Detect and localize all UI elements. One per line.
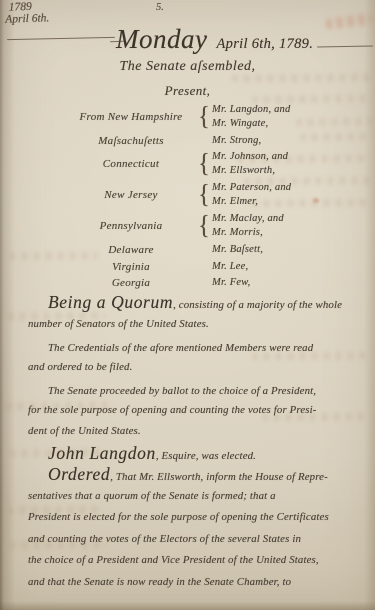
page-number: 5.: [156, 2, 164, 13]
paragraph-quorum: Being a Quorum, consisting of a majority…: [28, 292, 367, 335]
paragraph-text: dent of the United States.: [28, 421, 367, 443]
paragraph-ballot: The Senate proceeded by ballot to the ch…: [28, 378, 367, 443]
paragraph-elected: John Langdon, Esquire, was elected.: [28, 443, 367, 465]
paragraph-text: and that the Senate is now ready in the …: [28, 572, 367, 594]
brace-glyph: {: [196, 104, 212, 130]
subheading-senate-assembled: The Senate aſsembled,: [0, 59, 375, 75]
paragraph-text: , That Mr. Ellsworth, inform the House o…: [110, 471, 328, 483]
member-name: Mr. Baſsett,: [212, 243, 369, 257]
state-name: Connecticut: [32, 157, 196, 171]
attendance-row: New Jersey { Mr. Paterson, and Mr. Elmer…: [32, 181, 369, 209]
member-name: Mr. Ellsworth,: [212, 164, 369, 178]
paragraph-text: , consisting of a majority of the whole: [173, 299, 342, 311]
entry-date: April 6th, 1789.: [216, 36, 313, 52]
state-name: Pennsylvania: [32, 219, 196, 233]
attendance-row: Pennsylvania { Mr. Maclay, and Mr. Morri…: [32, 212, 369, 240]
member-name: Mr. Wingate,: [212, 117, 369, 131]
member-name: Mr. Few,: [212, 276, 369, 290]
paragraph-text: sentatives that a quorum of the Senate i…: [28, 486, 367, 508]
paragraph-lead: John Langdon: [48, 443, 156, 463]
member-name: Mr. Maclay, and: [212, 212, 369, 226]
paragraph-credentials: The Credentials of the afore mentioned M…: [28, 335, 367, 378]
attendance-row: Delaware Mr. Baſsett,: [32, 243, 369, 257]
member-name: Mr. Lee,: [212, 260, 369, 274]
attendance-row: Georgia Mr. Few,: [32, 276, 369, 290]
paragraph-text: , Esquire, was elected.: [156, 450, 256, 462]
attendance-list: From New Hampshire { Mr. Langdon, and Mr…: [32, 103, 369, 292]
paragraph-text: The Credentials of the afore mentioned M…: [48, 342, 313, 354]
margin-date-note: 1789 April 6th.: [5, 0, 50, 26]
paragraph-lead: Being a Quorum: [48, 292, 173, 312]
paragraph-text: and counting the votes of the Electors o…: [28, 529, 367, 551]
brace-glyph: {: [196, 151, 212, 177]
member-name: Mr. Morris,: [212, 226, 369, 240]
brace-glyph: {: [196, 213, 212, 239]
journal-body: Being a Quorum, consisting of a majority…: [28, 292, 367, 593]
paragraph-text: number of Senators of the United States.: [28, 314, 367, 336]
attendance-row: Maſsachuſetts Mr. Strong,: [32, 134, 369, 148]
paragraph-text: The Senate proceeded by ballot to the ch…: [48, 385, 316, 397]
member-name: Mr. Strong,: [212, 134, 369, 148]
member-name: Mr. Elmer,: [212, 195, 369, 209]
attendance-row: From New Hampshire { Mr. Langdon, and Mr…: [32, 103, 369, 131]
paragraph-ordered: Ordered, That Mr. Ellsworth, inform the …: [28, 464, 367, 593]
state-name: Virginia: [32, 260, 196, 274]
state-name: From New Hampshire: [32, 110, 196, 124]
entry-heading: Monday April 6th, 1789.: [0, 24, 375, 55]
paragraph-text: for the sole purpose of opening and coun…: [28, 400, 367, 422]
state-name: Delaware: [32, 243, 196, 257]
present-label: Present,: [0, 83, 375, 99]
attendance-row: Virginia Mr. Lee,: [32, 260, 369, 274]
state-name: Maſsachuſetts: [32, 134, 196, 148]
state-name: New Jersey: [32, 188, 196, 202]
entry-day: Monday: [116, 24, 207, 54]
paragraph-text: President is elected for the sole purpos…: [28, 507, 367, 529]
member-name: Mr. Langdon, and: [212, 103, 369, 117]
paragraph-text: and ordered to be filed.: [28, 357, 367, 379]
paragraph-text: the choice of a President and Vice Presi…: [28, 550, 367, 572]
manuscript-page: 1789 April 6th. 5. Monday April 6th, 178…: [0, 0, 375, 610]
member-name: Mr. Johnson, and: [212, 150, 369, 164]
member-name: Mr. Paterson, and: [212, 181, 369, 195]
paragraph-lead: Ordered: [48, 464, 110, 484]
attendance-row: Connecticut { Mr. Johnson, and Mr. Ellsw…: [32, 150, 369, 178]
state-name: Georgia: [32, 276, 196, 290]
brace-glyph: {: [196, 182, 212, 208]
